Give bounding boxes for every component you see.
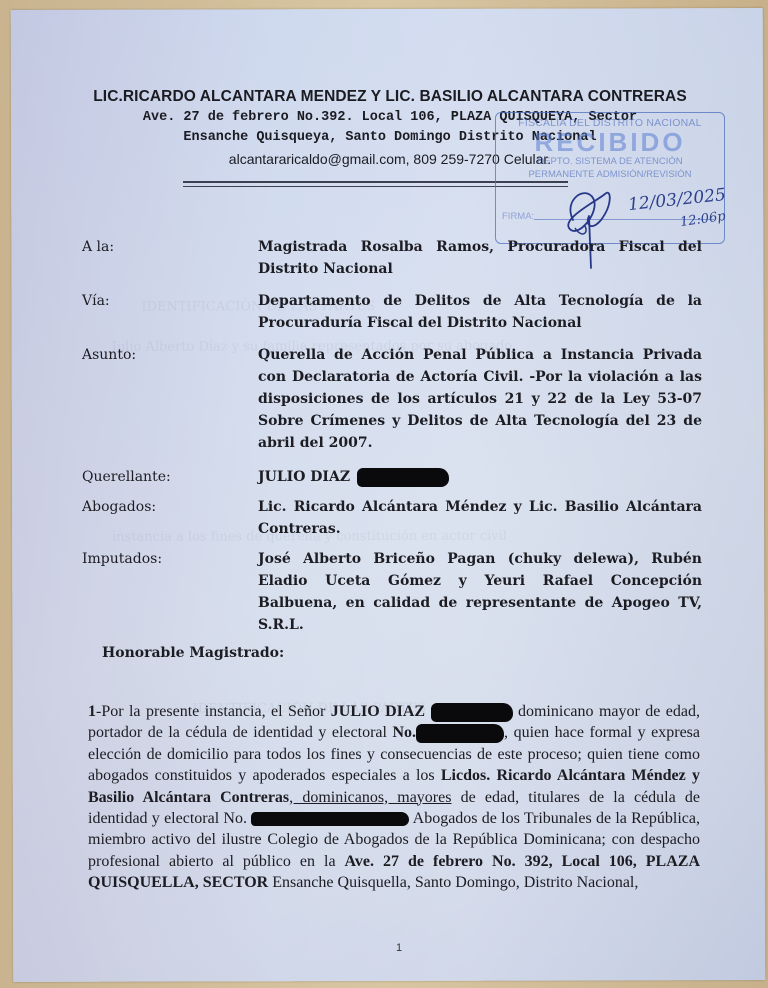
- field-value: José Alberto Briceño Pagan (chuky delewa…: [258, 548, 702, 636]
- field-label: Abogados:: [82, 496, 258, 540]
- redaction-block: [357, 468, 449, 487]
- field-plaintiff: Querellante: JULIO DIAZ: [82, 466, 702, 488]
- salutation: Honorable Magistrado:: [102, 645, 284, 661]
- plaintiff-name: JULIO DIAZ: [331, 703, 425, 720]
- stamp-department: DEPTO. SISTEMA DE ATENCIÓN: [496, 155, 724, 168]
- paragraph-number: 1: [88, 703, 96, 720]
- stamp-signature-label: FIRMA:: [502, 211, 534, 222]
- field-label: Asunto:: [82, 344, 258, 454]
- redaction-block: [416, 724, 504, 743]
- body-paragraph: 1-Por la presente instancia, el Señor JU…: [88, 701, 700, 894]
- field-value: Lic. Ricardo Alcántara Méndez y Lic. Bas…: [258, 496, 702, 540]
- field-value: JULIO DIAZ: [258, 466, 702, 488]
- field-value: Querella de Acción Penal Pública a Insta…: [258, 344, 702, 454]
- redaction-block: [251, 812, 409, 826]
- field-subject: Asunto: Querella de Acción Penal Pública…: [82, 344, 702, 454]
- letterhead-names: LIC.RICARDO ALCANTARA MENDEZ Y LIC. BASI…: [90, 86, 690, 108]
- field-label: Imputados:: [82, 548, 258, 636]
- field-value: Departamento de Delitos de Alta Tecnolog…: [258, 290, 702, 334]
- header-fields: A la: Magistrada Rosalba Ramos, Procurad…: [82, 236, 702, 636]
- field-via: Vía: Departamento de Delitos de Alta Tec…: [82, 290, 702, 334]
- field-label: A la:: [82, 236, 258, 280]
- stamp-received-label: RECIBIDO: [496, 129, 724, 155]
- field-recipient: A la: Magistrada Rosalba Ramos, Procurad…: [82, 236, 702, 280]
- page-number: 1: [396, 942, 402, 954]
- field-value: Magistrada Rosalba Ramos, Procuradora Fi…: [258, 236, 702, 280]
- field-defendants: Imputados: José Alberto Briceño Pagan (c…: [82, 548, 702, 636]
- field-lawyers: Abogados: Lic. Ricardo Alcántara Méndez …: [82, 496, 702, 540]
- field-label: Querellante:: [82, 466, 258, 488]
- stamp-header: FISCALÍA DEL DISTRITO NACIONAL: [496, 117, 724, 129]
- redaction-block: [431, 703, 513, 722]
- field-label: Vía:: [82, 290, 258, 334]
- plaintiff-name: JULIO DIAZ: [258, 469, 350, 485]
